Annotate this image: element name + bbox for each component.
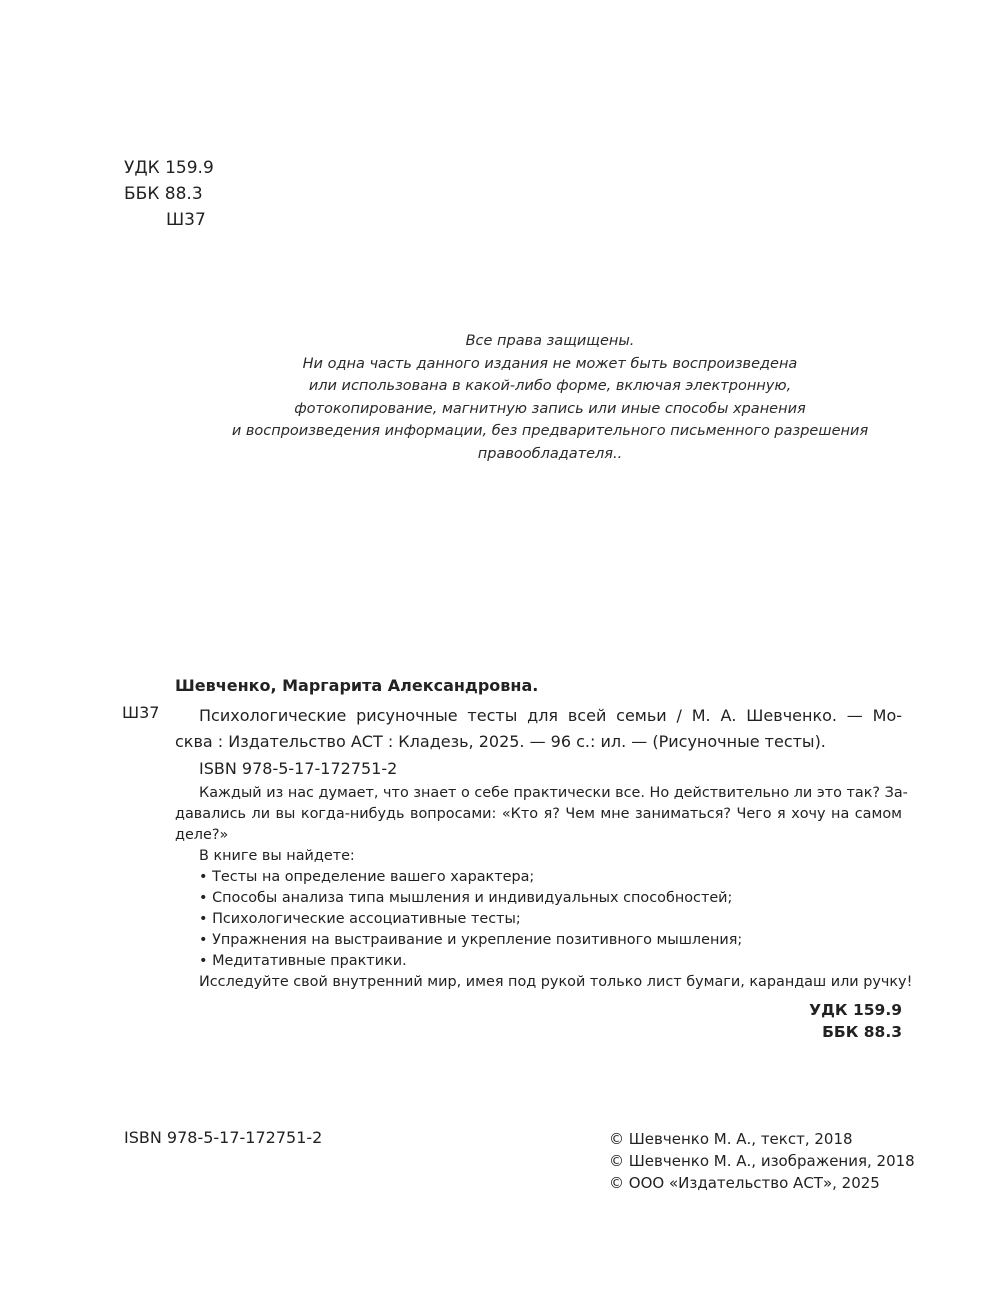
author-sign: Ш37 bbox=[124, 207, 214, 233]
copyright-line: © ООО «Издательство АСТ», 2025 bbox=[609, 1172, 915, 1194]
copyright-line: © Шевченко М. А., текст, 2018 bbox=[609, 1128, 915, 1150]
annotation-bullet: • Тесты на определение вашего характера; bbox=[175, 867, 902, 888]
copyright-block: © Шевченко М. А., текст, 2018 © Шевченко… bbox=[609, 1128, 915, 1194]
rights-line: Ни одна часть данного издания не может б… bbox=[200, 353, 900, 376]
rights-notice: Все права защищены. Ни одна часть данног… bbox=[200, 330, 900, 465]
card-author: Шевченко, Маргарита Александровна. bbox=[175, 676, 538, 695]
card-udk: УДК 159.9 bbox=[809, 999, 902, 1021]
annotation-bullet: • Психологические ассоциативные тесты; bbox=[175, 909, 902, 930]
rights-line: или использована в какой-либо форме, вкл… bbox=[200, 375, 900, 398]
annotation-bullet: • Способы анализа типа мышления и индиви… bbox=[175, 888, 902, 909]
card-bbk: ББК 88.3 bbox=[809, 1021, 902, 1043]
card-codes: УДК 159.9 ББК 88.3 bbox=[809, 999, 902, 1043]
annotation-line: Каждый из нас думает, что знает о себе п… bbox=[175, 783, 902, 804]
card-isbn: ISBN 978-5-17-172751-2 bbox=[199, 759, 397, 778]
bbk-code: ББК 88.3 bbox=[124, 181, 214, 207]
rights-line: и воспроизведения информации, без предва… bbox=[200, 420, 900, 443]
udk-code: УДК 159.9 bbox=[124, 155, 214, 181]
footer-isbn: ISBN 978-5-17-172751-2 bbox=[124, 1128, 322, 1147]
copyright-line: © Шевченко М. А., изображения, 2018 bbox=[609, 1150, 915, 1172]
rights-line: фотокопирование, магнитную запись или ин… bbox=[200, 398, 900, 421]
card-title: Психологические рисуночные тесты для все… bbox=[175, 703, 902, 755]
card-author-sign: Ш37 bbox=[122, 703, 159, 722]
annotation-closing: Исследуйте свой внутренний мир, имея под… bbox=[175, 972, 902, 993]
title-line: Психологические рисуночные тесты для все… bbox=[175, 703, 902, 729]
title-line: сква : Издательство АСТ : Кладезь, 2025.… bbox=[175, 729, 902, 755]
annotation-list-intro: В книге вы найдете: bbox=[175, 846, 902, 867]
classification-codes: УДК 159.9 ББК 88.3 Ш37 bbox=[124, 155, 214, 233]
rights-line: правообладателя.. bbox=[200, 443, 900, 466]
annotation-line: деле?» bbox=[175, 825, 902, 846]
annotation-bullet: • Медитативные практики. bbox=[175, 951, 902, 972]
annotation-bullet: • Упражнения на выстраивание и укреплени… bbox=[175, 930, 902, 951]
rights-line: Все права защищены. bbox=[200, 330, 900, 353]
card-annotation: Каждый из нас думает, что знает о себе п… bbox=[175, 783, 902, 993]
annotation-line: давались ли вы когда-нибудь вопросами: «… bbox=[175, 804, 902, 825]
